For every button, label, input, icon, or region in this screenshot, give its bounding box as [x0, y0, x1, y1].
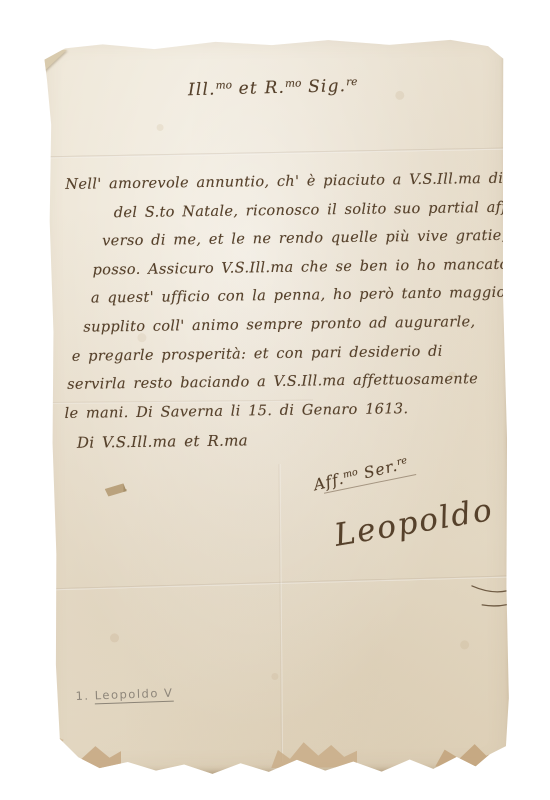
letter-paper: Ill.mo et R.mo Sig.re Nell' amorevole an…: [37, 32, 513, 776]
salutation-superscript: mo: [284, 77, 301, 89]
salutation-text: et R.: [231, 78, 285, 99]
worn-edge-chip: [271, 737, 357, 768]
salutation-text: Sig.: [301, 76, 346, 97]
foxing-spots: [17, 16, 22, 21]
pencil-annotation-number: 1.: [75, 688, 95, 703]
valediction-text: Ser.: [356, 457, 399, 484]
signature-flourish: [467, 548, 547, 612]
photo-background: Ill.mo et R.mo Sig.re Nell' amorevole an…: [0, 0, 550, 800]
fold-crease-top: [38, 147, 508, 158]
worn-edge-chip: [57, 743, 121, 770]
valediction: Aff.mo Ser.re: [312, 454, 410, 494]
worn-edge-chip: [45, 732, 79, 772]
letter-address-line: Di V.S.Ill.ma et R.ma: [41, 428, 511, 463]
valediction-text: Aff.: [312, 470, 346, 495]
worn-edge-chip: [435, 740, 499, 767]
paper-flaw: [105, 483, 141, 496]
corner-fold: [41, 50, 67, 74]
signature: Leopoldo: [308, 488, 521, 558]
salutation-superscript: re: [345, 76, 357, 88]
salutation-text: Ill.: [187, 80, 215, 101]
fold-crease-bottom: [42, 575, 512, 590]
salutation-superscript: mo: [215, 79, 232, 91]
pencil-annotation: 1. Leopoldo V: [75, 686, 173, 703]
letter-salutation: Ill.mo et R.mo Sig.re: [108, 74, 437, 103]
pencil-annotation-name: Leopoldo V: [94, 686, 173, 705]
letter-body: Nell' amorevole annuntio, ch' è piaciuto…: [37, 171, 511, 463]
fold-crease-vertical: [279, 464, 284, 762]
valediction-superscript: re: [396, 455, 409, 468]
